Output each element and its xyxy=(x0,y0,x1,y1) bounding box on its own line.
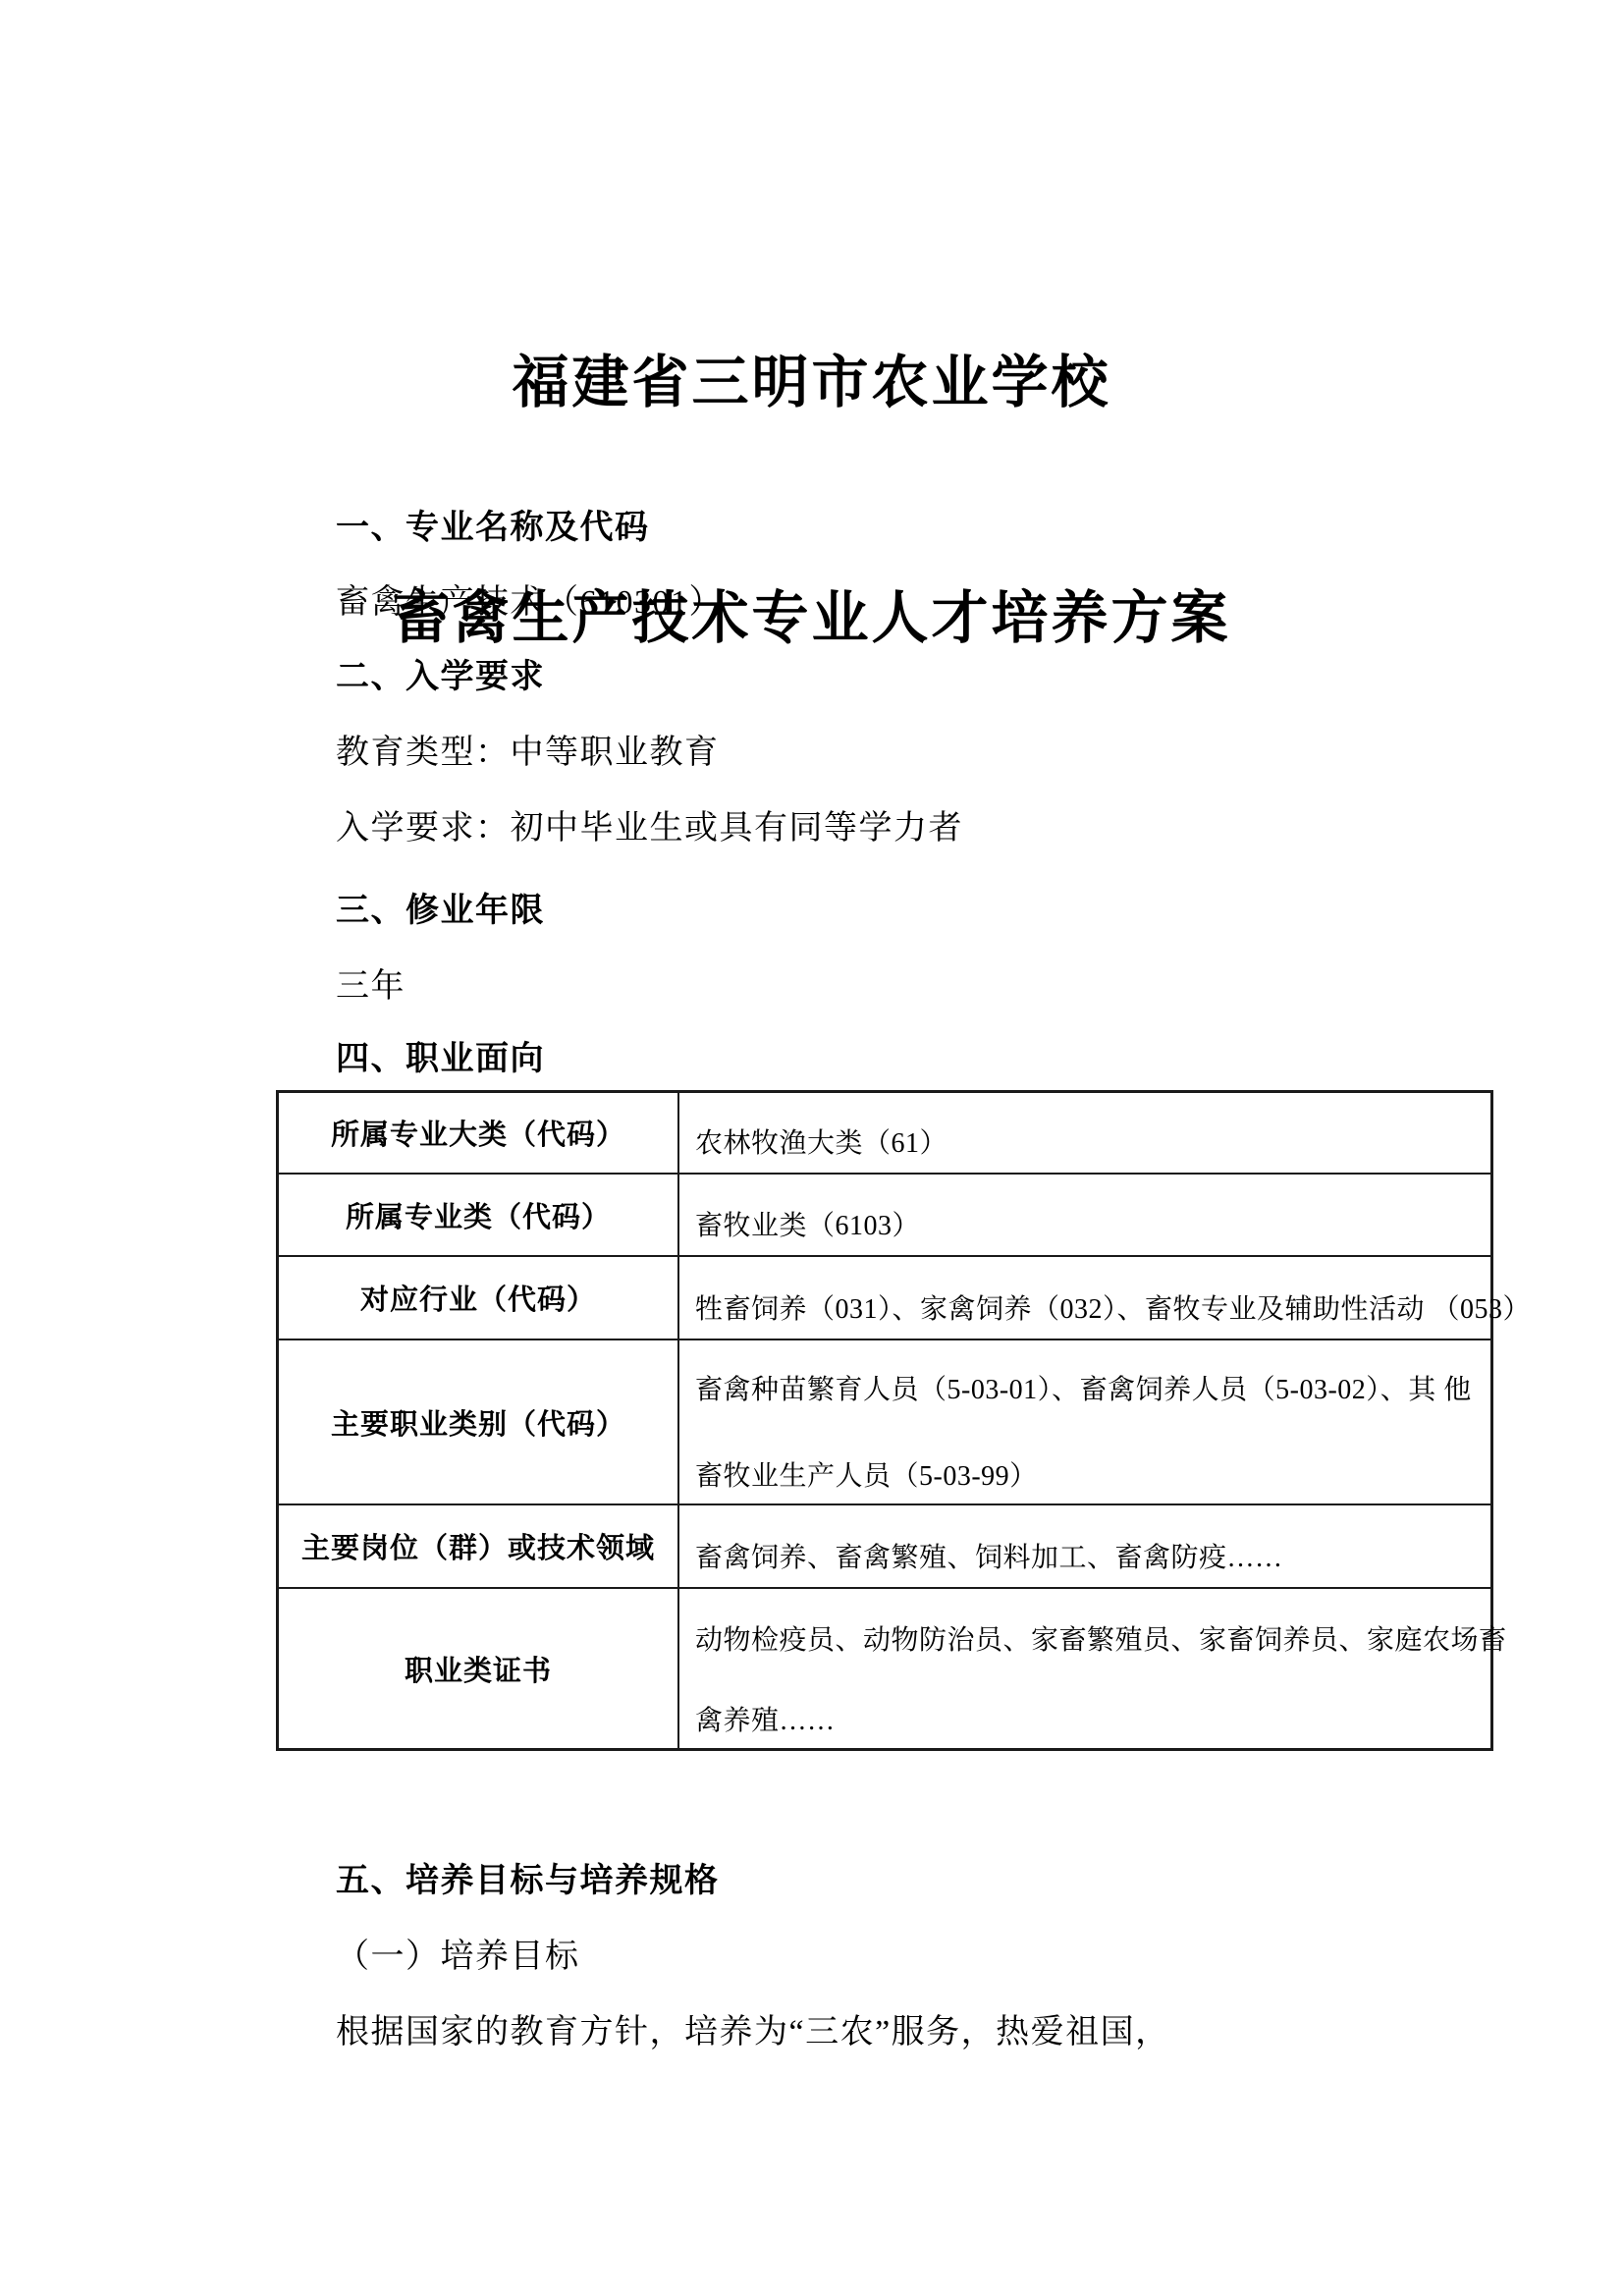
document-page: 福建省三明市农业学校 畜禽生产技术专业人才培养方案 一、专业名称及代码 畜禽生产… xyxy=(0,0,1623,2296)
table-label-cell: 职业类证书 xyxy=(279,1589,679,1748)
table-content-line: 畜禽种苗繁育人员（5-03-01）、畜禽饲养人员（5-03-02）、其 他 xyxy=(695,1374,1479,1407)
table-content-line: 畜禽饲养、畜禽繁殖、饲料加工、畜禽防疫…… xyxy=(695,1542,1479,1575)
table-content-cell: 畜牧业类（6103） xyxy=(679,1175,1490,1255)
section-2-education-type: 教育类型：中等职业教育 xyxy=(336,731,720,776)
table-row-category: 所属专业类（代码） 畜牧业类（6103） xyxy=(279,1175,1490,1257)
document-title-line1: 福建省三明市农业学校 xyxy=(0,344,1623,422)
table-content-cell: 农林牧渔大类（61） xyxy=(679,1093,1490,1173)
table-row-occupation-class: 主要职业类别（代码） 畜禽种苗繁育人员（5-03-01）、畜禽饲养人员（5-03… xyxy=(279,1340,1490,1505)
table-content-line: 禽养殖…… xyxy=(695,1705,1507,1738)
document-title: 福建省三明市农业学校 畜禽生产技术专业人才培养方案 xyxy=(0,187,1623,815)
table-label-cell: 对应行业（代码） xyxy=(279,1257,679,1339)
table-content-line: 农林牧渔大类（61） xyxy=(695,1127,1479,1161)
table-content-line: 畜牧业生产人员（5-03-99） xyxy=(695,1460,1479,1494)
table-label-cell: 所属专业大类（代码） xyxy=(279,1093,679,1173)
section-3-heading: 三、修业年限 xyxy=(336,889,545,934)
section-2-heading: 二、入学要求 xyxy=(336,655,545,700)
table-content-line: 畜牧业类（6103） xyxy=(695,1210,1479,1243)
section-3-body: 三年 xyxy=(336,964,406,1010)
section-5-sub-heading: （一）培养目标 xyxy=(336,1935,580,1980)
section-5-heading: 五、培养目标与培养规格 xyxy=(336,1859,720,1904)
table-content-line: 牲畜饲养（031）、家禽饲养（032）、畜牧专业及辅助性活动 （053） xyxy=(695,1293,1531,1327)
section-1-body: 畜禽生产技术（610301） xyxy=(336,580,724,626)
table-label-cell: 主要岗位（群）或技术领域 xyxy=(279,1505,679,1587)
table-label-cell: 主要职业类别（代码） xyxy=(279,1340,679,1503)
table-content-cell: 畜禽种苗繁育人员（5-03-01）、畜禽饲养人员（5-03-02）、其 他 畜牧… xyxy=(679,1340,1490,1503)
career-orientation-table: 所属专业大类（代码） 农林牧渔大类（61） 所属专业类（代码） 畜牧业类（610… xyxy=(276,1090,1493,1751)
table-row-main-posts: 主要岗位（群）或技术领域 畜禽饲养、畜禽繁殖、饲料加工、畜禽防疫…… xyxy=(279,1505,1490,1589)
table-content-cell: 畜禽饲养、畜禽繁殖、饲料加工、畜禽防疫…… xyxy=(679,1505,1490,1587)
table-content-cell: 动物检疫员、动物防治员、家畜繁殖员、家畜饲养员、家庭农场畜 禽养殖…… xyxy=(679,1589,1519,1748)
table-row-certificates: 职业类证书 动物检疫员、动物防治员、家畜繁殖员、家畜饲养员、家庭农场畜 禽养殖…… xyxy=(279,1589,1490,1748)
section-1-heading: 一、专业名称及代码 xyxy=(336,506,650,551)
section-5-body: 根据国家的教育方针，培养为“三农”服务，热爱祖国， xyxy=(336,2010,1170,2055)
table-label-cell: 所属专业类（代码） xyxy=(279,1175,679,1255)
table-content-cell: 牲畜饲养（031）、家禽饲养（032）、畜牧专业及辅助性活动 （053） xyxy=(679,1257,1542,1339)
table-row-major-category: 所属专业大类（代码） 农林牧渔大类（61） xyxy=(279,1093,1490,1175)
document-title-line2: 畜禽生产技术专业人才培养方案 xyxy=(0,579,1623,658)
table-row-industry: 对应行业（代码） 牲畜饲养（031）、家禽饲养（032）、畜牧专业及辅助性活动 … xyxy=(279,1257,1490,1340)
section-4-heading: 四、职业面向 xyxy=(336,1037,545,1082)
section-2-entry-requirement: 入学要求：初中毕业生或具有同等学力者 xyxy=(336,806,963,851)
table-content-line: 动物检疫员、动物防治员、家畜繁殖员、家畜饲养员、家庭农场畜 xyxy=(695,1624,1507,1658)
